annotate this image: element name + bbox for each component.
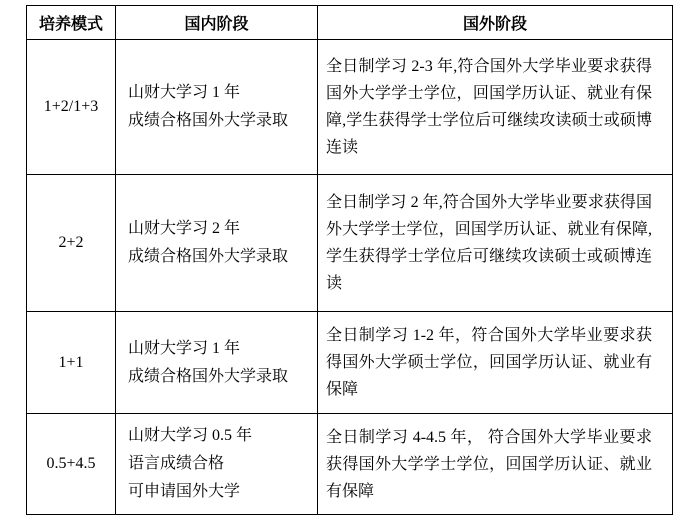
domestic-stage-cell: 山财大学习 0.5 年 语言成绩合格 可申请国外大学 (116, 414, 318, 515)
table-row: 0.5+4.5 山财大学习 0.5 年 语言成绩合格 可申请国外大学 全日制学习… (27, 414, 673, 515)
mode-cell: 2+2 (27, 175, 116, 312)
header-domestic-stage: 国内阶段 (116, 6, 318, 40)
table-row: 1+1 山财大学习 1 年 成绩合格国外大学录取 全日制学习 1-2 年，符合国… (27, 312, 673, 414)
header-mode: 培养模式 (27, 6, 116, 40)
overseas-stage-cell: 全日制学习 4-4.5 年， 符合国外大学毕业要求获得国外大学学士学位，回国学历… (318, 414, 673, 515)
table-row: 1+2/1+3 山财大学习 1 年 成绩合格国外大学录取 全日制学习 2-3 年… (27, 40, 673, 175)
table-row: 2+2 山财大学习 2 年 成绩合格国外大学录取 全日制学习 2 年,符合国外大… (27, 175, 673, 312)
program-modes-table: 培养模式 国内阶段 国外阶段 1+2/1+3 山财大学习 1 年 成绩合格国外大… (26, 5, 673, 515)
overseas-stage-cell: 全日制学习 2-3 年,符合国外大学毕业要求获得国外大学学士学位，回国学历认证、… (318, 40, 673, 175)
mode-cell: 0.5+4.5 (27, 414, 116, 515)
table-header: 培养模式 国内阶段 国外阶段 (27, 6, 673, 40)
header-overseas-stage: 国外阶段 (318, 6, 673, 40)
document-page: 培养模式 国内阶段 国外阶段 1+2/1+3 山财大学习 1 年 成绩合格国外大… (0, 0, 694, 523)
overseas-stage-cell: 全日制学习 2 年,符合国外大学毕业要求获得国外大学学士学位，回国学历认证、就业… (318, 175, 673, 312)
overseas-stage-cell: 全日制学习 1-2 年，符合国外大学毕业要求获得国外大学硕士学位，回国学历认证、… (318, 312, 673, 414)
domestic-stage-cell: 山财大学习 2 年 成绩合格国外大学录取 (116, 175, 318, 312)
mode-cell: 1+1 (27, 312, 116, 414)
domestic-stage-cell: 山财大学习 1 年 成绩合格国外大学录取 (116, 312, 318, 414)
domestic-stage-cell: 山财大学习 1 年 成绩合格国外大学录取 (116, 40, 318, 175)
table-body: 1+2/1+3 山财大学习 1 年 成绩合格国外大学录取 全日制学习 2-3 年… (27, 40, 673, 515)
header-row: 培养模式 国内阶段 国外阶段 (27, 6, 673, 40)
mode-cell: 1+2/1+3 (27, 40, 116, 175)
